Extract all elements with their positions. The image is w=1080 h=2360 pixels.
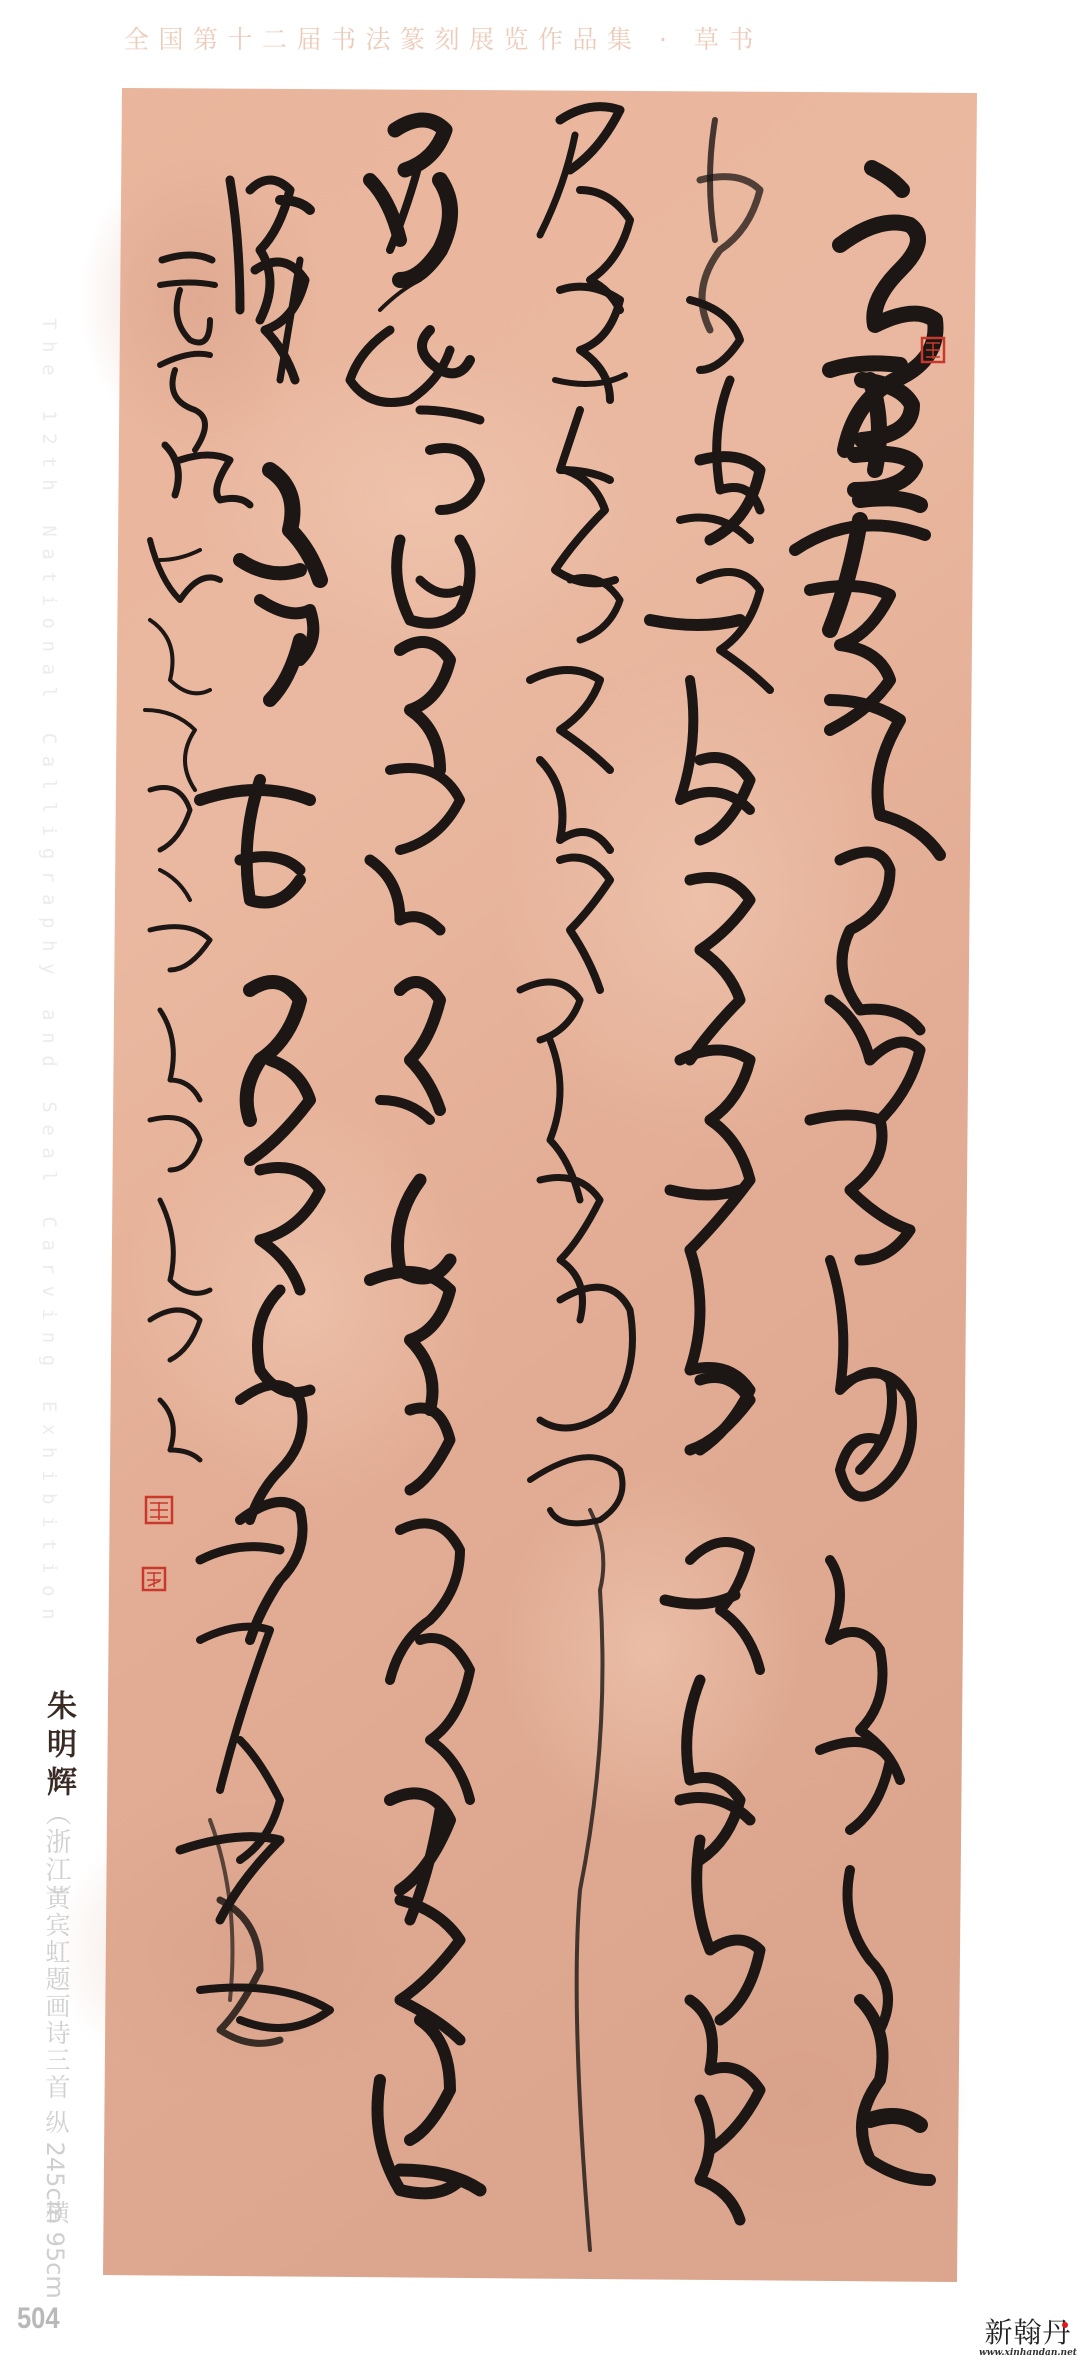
- calligraphy-artwork: [0, 0, 1080, 2360]
- artist-name: 朱明辉: [36, 1690, 80, 1804]
- artwork-title: 黄宾虹题画诗三首: [38, 1885, 74, 2101]
- page-number: 504: [17, 2302, 60, 2336]
- watermark-logo: 新翰丹 www.xinhandan.net: [978, 2318, 1078, 2358]
- watermark-url: www.xinhandan.net: [978, 2348, 1078, 2358]
- watermark-name-text: 新翰丹: [984, 2316, 1071, 2349]
- artwork-width: 横 95cm: [38, 2200, 73, 2299]
- watermark-name: 新翰丹: [978, 2318, 1078, 2348]
- watermark-red-dot-icon: [1062, 2322, 1068, 2328]
